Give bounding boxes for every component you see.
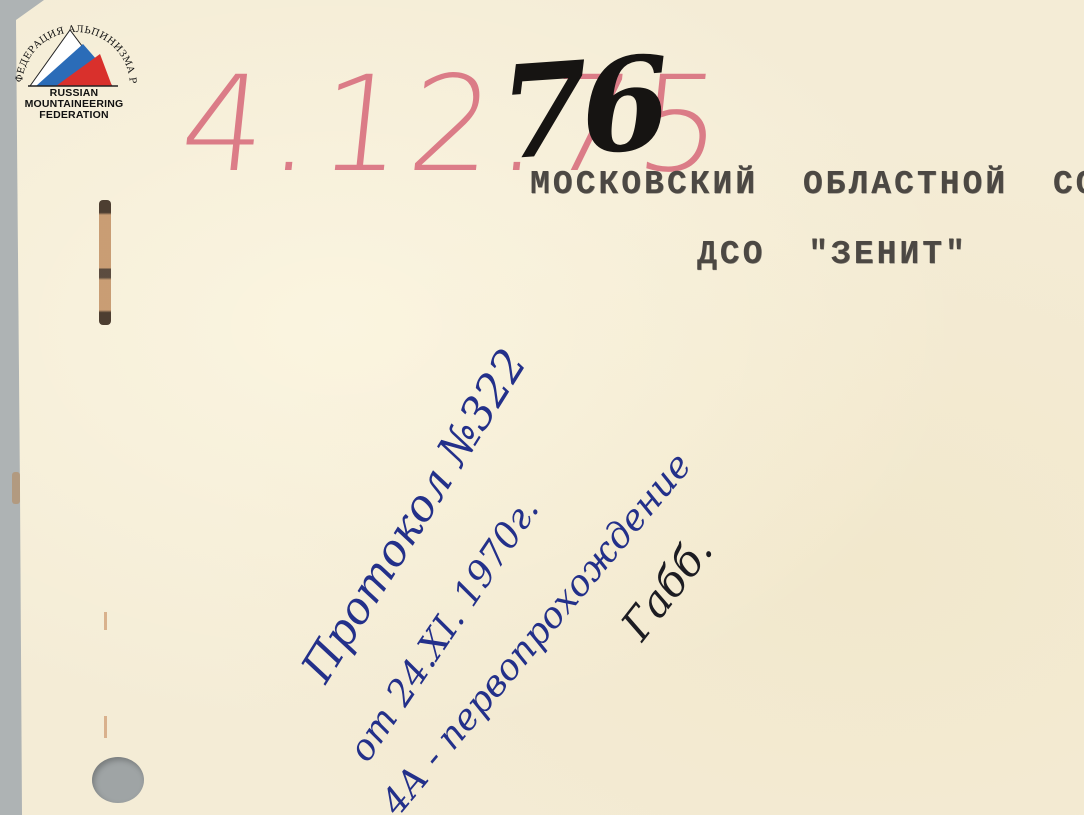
mountain-logo-icon: ФЕДЕРАЦИЯ АЛЬПИНИЗМА РОССИИ bbox=[8, 8, 140, 98]
logo-line-3: FEDERATION bbox=[8, 110, 140, 121]
rust-mark bbox=[104, 612, 107, 630]
russian-mountaineering-federation-logo: ФЕДЕРАЦИЯ АЛЬПИНИЗМА РОССИИ RUSSIAN MOUN… bbox=[8, 8, 140, 123]
edge-stain bbox=[12, 472, 20, 504]
rust-mark bbox=[104, 716, 107, 738]
typed-header-line-1: МОСКОВСКИЙ ОБЛАСТНОЙ СОВЕ bbox=[530, 166, 1084, 203]
staple-rust-mark bbox=[99, 200, 111, 325]
punch-hole bbox=[92, 757, 144, 803]
typed-header-line-2: ДСО "ЗЕНИТ" bbox=[697, 236, 968, 273]
